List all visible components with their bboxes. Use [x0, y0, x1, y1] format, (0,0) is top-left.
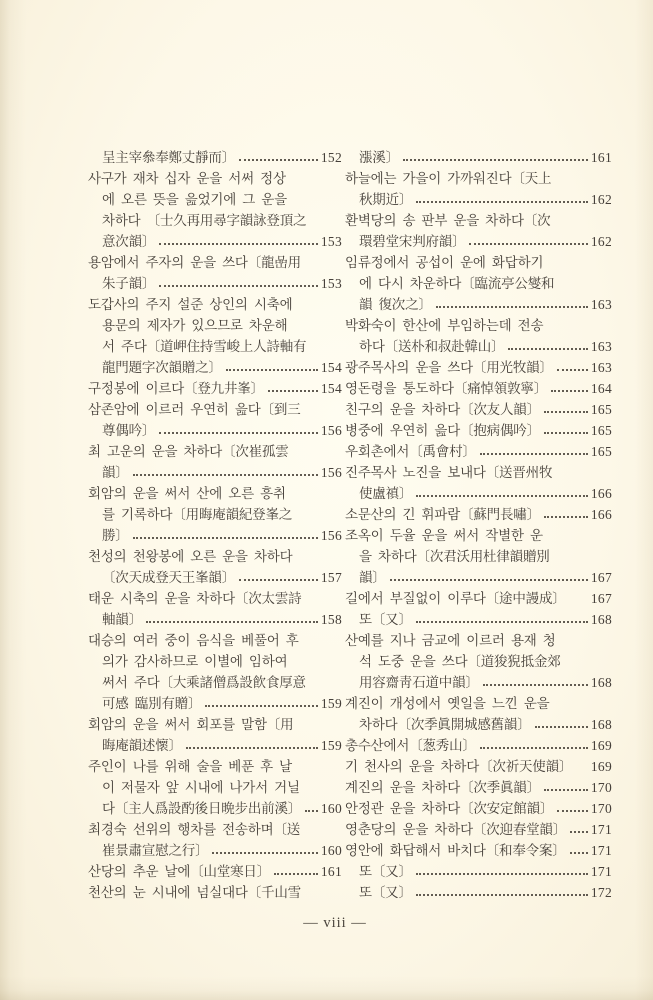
dot-leader: [551, 390, 588, 392]
toc-entry-line: 또〔又〕168: [345, 609, 612, 630]
page-number: 169: [591, 756, 612, 777]
entry-text: 용문의 제자가 있으므로 차운해: [102, 318, 287, 333]
dot-leader: [416, 873, 588, 875]
dot-leader: [544, 432, 588, 434]
entry-text: 하늘에는 가을이 가까워진다〔天上: [345, 171, 551, 186]
toc-entry-line: 의가 감사하므로 이별에 임하여: [88, 651, 342, 672]
entry-text: 또〔又〕: [359, 882, 412, 903]
page-number: 159: [321, 735, 342, 756]
toc-columns: 呈主宰叅奉鄭丈靜而〕152사구가 재차 십자 운을 서써 정상에 오른 뜻을 읊…: [88, 147, 612, 903]
entry-text: 의가 감사하므로 이별에 임하여: [102, 654, 287, 669]
entry-text: 석 도중 운을 쓰다〔道狻猊抵金郊: [359, 654, 561, 669]
entry-text: 천성의 천왕봉에 오른 운을 차하다: [88, 549, 292, 564]
entry-text: 龍門題字次韻贈之〕: [102, 357, 222, 378]
dot-leader: [570, 831, 588, 833]
toc-entry-line: 계진이 개성에서 옛일을 느낀 운을: [345, 693, 612, 714]
entry-text: 도갑사의 주지 설준 상인의 시축에: [88, 297, 292, 312]
dot-leader: [159, 285, 318, 287]
toc-entry-line: 도갑사의 주지 설준 상인의 시축에: [88, 294, 342, 315]
toc-entry-line: 使盧禛〕166: [345, 483, 612, 504]
toc-entry-line: 계진의 운을 차하다〔次季眞韻〕170: [345, 777, 612, 798]
dot-leader: [436, 306, 588, 308]
entry-text: 尊偶吟〕: [102, 420, 155, 441]
toc-entry-line: 다〔主人爲設酌後日晩步出前溪〕160: [88, 798, 342, 819]
dot-leader: [268, 390, 318, 392]
entry-text: 可感 臨別有贈〕: [102, 693, 201, 714]
toc-entry-line: 영돈령을 통도하다〔痛悼領敦寧〕164: [345, 378, 612, 399]
entry-text: 회암의 운을 써서 산에 오른 흥취: [88, 486, 286, 501]
entry-text: 에 다시 차운하다〔臨流亭公燮和: [359, 276, 554, 291]
entry-text: 이 저물자 앞 시내에 나가서 거닐: [102, 780, 300, 795]
dot-leader: [508, 348, 587, 350]
toc-entry-line: 대승의 여러 중이 음식을 베풀어 후: [88, 630, 342, 651]
entry-text: 산당의 추운 날에〔山堂寒日〕: [88, 861, 270, 882]
toc-entry-line: 용문의 제자가 있으므로 차운해: [88, 315, 342, 336]
toc-right-column: 漲溪〕161하늘에는 가을이 가까워진다〔天上秋期近〕162환벽당의 송 판부 …: [345, 147, 612, 903]
entry-text: 朱子韻〕: [102, 273, 155, 294]
toc-entry-line: 우회촌에서〔禹會村〕165: [345, 441, 612, 462]
dot-leader: [205, 705, 318, 707]
entry-text: 삼존암에 이르러 우연히 읊다〔到三: [88, 402, 301, 417]
entry-text: 구정봉에 이르다〔登九井峯〕: [88, 378, 264, 399]
entry-text: 태운 시축의 운을 차하다〔次太雲詩: [88, 591, 301, 606]
entry-text: 에 오른 뜻을 읊었기에 그 운을: [102, 192, 287, 207]
toc-entry-line: 〔次天成登天王峯韻〕157: [88, 567, 342, 588]
page-number: 156: [321, 525, 342, 546]
toc-entry-line: 崔景肅宣慰之行〕160: [88, 840, 342, 861]
page-number: 164: [591, 378, 612, 399]
toc-entry-line: 環碧堂宋判府韻〕162: [345, 231, 612, 252]
toc-entry-line: 를 기록하다〔用晦庵韻紀登峯之: [88, 504, 342, 525]
entry-text: 총수산에서〔葱秀山〕: [345, 735, 476, 756]
dot-leader: [557, 810, 588, 812]
entry-text: 차하다 〔士久再用尋字韻詠登頂之: [102, 213, 306, 228]
toc-entry-line: 임류정에서 공섭이 운에 화답하기: [345, 252, 612, 273]
toc-entry-line: 회암의 운을 써서 산에 오른 흥취: [88, 483, 342, 504]
toc-entry-line: 朱子韻〕153: [88, 273, 342, 294]
toc-entry-line: 영안에 화답해서 바치다〔和奉令案〕171: [345, 840, 612, 861]
dot-leader: [535, 726, 588, 728]
toc-entry-line: 써서 주다〔大乘諸僧爲設飮食厚意: [88, 672, 342, 693]
entry-text: 秋期近〕: [359, 189, 412, 210]
dot-leader: [133, 537, 318, 539]
dot-leader: [416, 894, 588, 896]
entry-text: 주인이 나를 위해 술을 베푼 후 날: [88, 759, 292, 774]
entry-text: 길에서 부질없이 이루다〔途中謾成〕: [345, 588, 566, 609]
toc-entry-line: 산예를 지나 금교에 이르러 용재 청: [345, 630, 612, 651]
entry-text: 영춘당의 운을 차하다〔次迎春堂韻〕: [345, 819, 566, 840]
toc-entry-line: 하다〔送朴和叔赴韓山〕163: [345, 336, 612, 357]
page-number: 159: [321, 693, 342, 714]
page-number: 157: [321, 567, 342, 588]
page-number: 171: [591, 861, 612, 882]
dot-leader: [226, 369, 318, 371]
entry-text: 意次韻〕: [102, 231, 155, 252]
toc-entry-line: 삼존암에 이르러 우연히 읊다〔到三: [88, 399, 342, 420]
toc-entry-line: 呈主宰叅奉鄭丈靜而〕152: [88, 147, 342, 168]
toc-left-column: 呈主宰叅奉鄭丈靜而〕152사구가 재차 십자 운을 서써 정상에 오른 뜻을 읊…: [88, 147, 342, 903]
dot-leader: [403, 159, 588, 161]
dot-leader: [483, 684, 588, 686]
entry-text: 대승의 여러 중이 음식을 베풀어 후: [88, 633, 299, 648]
dot-leader: [212, 852, 317, 854]
page-number: 163: [591, 336, 612, 357]
entry-text: 계진의 운을 차하다〔次季眞韻〕: [345, 777, 540, 798]
page-number: 165: [591, 441, 612, 462]
entry-text: 병중에 우연히 읊다〔抱病偶吟〕: [345, 420, 540, 441]
entry-text: 서 주다〔道岬住持雪峻上人詩軸有: [102, 339, 306, 354]
scanned-book-page: 呈主宰叅奉鄭丈靜而〕152사구가 재차 십자 운을 서써 정상에 오른 뜻을 읊…: [0, 0, 653, 1000]
toc-entry-line: 산당의 추운 날에〔山堂寒日〕161: [88, 861, 342, 882]
dot-leader: [544, 789, 588, 791]
entry-text: 친구의 운을 차하다〔次友人韻〕: [345, 399, 540, 420]
toc-entry-line: 천성의 천왕봉에 오른 운을 차하다: [88, 546, 342, 567]
entry-text: 軸韻〕: [102, 609, 142, 630]
page-number: 171: [591, 819, 612, 840]
dot-leader: [239, 579, 318, 581]
dot-leader: [570, 852, 588, 854]
toc-entry-line: 사구가 재차 십자 운을 서써 정상: [88, 168, 342, 189]
toc-entry-line: 최 고운의 운을 차하다〔次崔孤雲: [88, 441, 342, 462]
toc-entry-line: 조옥이 두율 운을 써서 작별한 운: [345, 525, 612, 546]
entry-text: 박화숙이 한산에 부임하는데 전송: [345, 318, 543, 333]
dot-leader: [133, 474, 318, 476]
entry-text: 조옥이 두율 운을 써서 작별한 운: [345, 528, 543, 543]
toc-entry-line: 진주목사 노진을 보내다〔送晋州牧: [345, 462, 612, 483]
entry-text: 최 고운의 운을 차하다〔次崔孤雲: [88, 444, 289, 459]
entry-text: 勝〕: [102, 525, 129, 546]
page-number: 167: [591, 567, 612, 588]
entry-text: 를 기록하다〔用晦庵韻紀登峯之: [102, 507, 292, 522]
dot-leader: [544, 516, 588, 518]
toc-entry-line: 또〔又〕171: [345, 861, 612, 882]
dot-leader: [390, 579, 588, 581]
dot-leader: [544, 411, 588, 413]
dot-leader: [239, 159, 318, 161]
toc-entry-line: 차하다 〔士久再用尋字韻詠登頂之: [88, 210, 342, 231]
page-number: 158: [321, 609, 342, 630]
page-number: 154: [321, 378, 342, 399]
toc-entry-line: 석 도중 운을 쓰다〔道狻猊抵金郊: [345, 651, 612, 672]
page-number: 156: [321, 462, 342, 483]
page-number: 154: [321, 357, 342, 378]
entry-text: 呈主宰叅奉鄭丈靜而〕: [102, 147, 235, 168]
page-number: 171: [591, 840, 612, 861]
entry-text: 또〔又〕: [359, 861, 412, 882]
entry-text: 영돈령을 통도하다〔痛悼領敦寧〕: [345, 378, 547, 399]
dot-leader: [416, 495, 588, 497]
toc-entry-line: 최경숙 선위의 행차를 전송하며〔送: [88, 819, 342, 840]
toc-entry-line: 韻〕167: [345, 567, 612, 588]
toc-entry-line: 총수산에서〔葱秀山〕169: [345, 735, 612, 756]
page-number: 168: [591, 714, 612, 735]
dot-leader: [416, 201, 588, 203]
page-number-footer: — viii —: [70, 915, 600, 932]
toc-entry-line: 영춘당의 운을 차하다〔次迎春堂韻〕171: [345, 819, 612, 840]
entry-text: 임류정에서 공섭이 운에 화답하기: [345, 255, 543, 270]
toc-entry-line: 에 오른 뜻을 읊었기에 그 운을: [88, 189, 342, 210]
dot-leader: [186, 747, 318, 749]
page-number: 153: [321, 273, 342, 294]
toc-entry-line: 용암에서 주자의 운을 쓰다〔龍嵒用: [88, 252, 342, 273]
entry-text: 안정관 운을 차하다〔次安定館韻〕: [345, 798, 553, 819]
toc-entry-line: 서 주다〔道岬住持雪峻上人詩軸有: [88, 336, 342, 357]
dot-leader: [480, 747, 588, 749]
toc-entry-line: 또〔又〕172: [345, 882, 612, 903]
page-number: 168: [591, 672, 612, 693]
toc-entry-line: 주인이 나를 위해 술을 베푼 후 날: [88, 756, 342, 777]
dot-leader: [159, 243, 318, 245]
entry-text: 晦庵韻述懷〕: [102, 735, 182, 756]
entry-text: 또〔又〕: [359, 609, 412, 630]
entry-text: 韻〕: [359, 567, 386, 588]
page-number: 167: [591, 588, 612, 609]
entry-text: 用容齋靑石道中韻〕: [359, 672, 479, 693]
toc-entry-line: 환벽당의 송 판부 운을 차하다〔次: [345, 210, 612, 231]
toc-entry-line: 用容齋靑石道中韻〕168: [345, 672, 612, 693]
dot-leader: [480, 453, 588, 455]
toc-entry-line: 안정관 운을 차하다〔次安定館韻〕170: [345, 798, 612, 819]
dot-leader: [274, 873, 318, 875]
page-number: 156: [321, 420, 342, 441]
page-number: 162: [591, 189, 612, 210]
entry-text: 環碧堂宋判府韻〕: [359, 231, 465, 252]
toc-entry-line: 태운 시축의 운을 차하다〔次太雲詩: [88, 588, 342, 609]
dot-leader: [159, 432, 318, 434]
page-number: 166: [591, 483, 612, 504]
page-number: 160: [321, 840, 342, 861]
toc-entry-line: 韻 復次之〕163: [345, 294, 612, 315]
entry-text: 소문산의 긴 휘파람〔蘇門長嘯〕: [345, 504, 540, 525]
dot-leader: [557, 369, 588, 371]
toc-entry-line: 광주목사의 운을 쓰다〔用光牧韻〕163: [345, 357, 612, 378]
page-number: 166: [591, 504, 612, 525]
toc-entry-line: 병중에 우연히 읊다〔抱病偶吟〕165: [345, 420, 612, 441]
toc-entry-line: 기 천사의 운을 차하다〔次祈天使韻〕169: [345, 756, 612, 777]
toc-entry-line: 차하다〔次季眞開城感舊韻〕168: [345, 714, 612, 735]
dot-leader: [469, 243, 587, 245]
entry-text: 漲溪〕: [359, 147, 399, 168]
page-number: 152: [321, 147, 342, 168]
entry-text: 우회촌에서〔禹會村〕: [345, 441, 476, 462]
page-number: 163: [591, 357, 612, 378]
entry-text: 차하다〔次季眞開城感舊韻〕: [359, 714, 531, 735]
entry-text: 하다〔送朴和叔赴韓山〕: [359, 336, 504, 357]
entry-text: 써서 주다〔大乘諸僧爲設飮食厚意: [102, 675, 306, 690]
toc-entry-line: 박화숙이 한산에 부임하는데 전송: [345, 315, 612, 336]
toc-entry-line: 意次韻〕153: [88, 231, 342, 252]
toc-entry-line: 龍門題字次韻贈之〕154: [88, 357, 342, 378]
entry-text: 영안에 화답해서 바치다〔和奉令案〕: [345, 840, 566, 861]
toc-entry-line: 길에서 부질없이 이루다〔途中謾成〕167: [345, 588, 612, 609]
entry-text: 회암의 운을 써서 회포를 말함〔用: [88, 717, 293, 732]
toc-entry-line: 韻〕156: [88, 462, 342, 483]
page-number: 165: [591, 399, 612, 420]
entry-text: 용암에서 주자의 운을 쓰다〔龍嵒用: [88, 255, 301, 270]
entry-text: 〔次天成登天王峯韻〕: [102, 567, 235, 588]
entry-text: 을 차하다〔次君沃用杜律韻贈別: [359, 549, 550, 564]
toc-entry-line: 회암의 운을 써서 회포를 말함〔用: [88, 714, 342, 735]
toc-entry-line: 晦庵韻述懷〕159: [88, 735, 342, 756]
entry-text: 使盧禛〕: [359, 483, 412, 504]
page-number: 170: [591, 798, 612, 819]
toc-entry-line: 에 다시 차운하다〔臨流亭公燮和: [345, 273, 612, 294]
toc-entry-line: 하늘에는 가을이 가까워진다〔天上: [345, 168, 612, 189]
page-number: 161: [591, 147, 612, 168]
toc-entry-line: 尊偶吟〕156: [88, 420, 342, 441]
entry-text: 韻〕: [102, 462, 129, 483]
dot-leader: [416, 621, 588, 623]
toc-entry-line: 천산의 눈 시내에 넘실대다〔千山雪: [88, 882, 342, 903]
entry-text: 환벽당의 송 판부 운을 차하다〔次: [345, 213, 550, 228]
entry-text: 韻 復次之〕: [359, 294, 432, 315]
toc-entry-line: 이 저물자 앞 시내에 나가서 거닐: [88, 777, 342, 798]
toc-entry-line: 勝〕156: [88, 525, 342, 546]
entry-text: 다〔主人爲設酌後日晩步出前溪〕: [102, 798, 301, 819]
page-number: 162: [591, 231, 612, 252]
dot-leader: [146, 621, 318, 623]
toc-entry-line: 을 차하다〔次君沃用杜律韻贈別: [345, 546, 612, 567]
page-number: 170: [591, 777, 612, 798]
page-number: 165: [591, 420, 612, 441]
page-number: 161: [321, 861, 342, 882]
page-number: 160: [321, 798, 342, 819]
entry-text: 산예를 지나 금교에 이르러 용재 청: [345, 633, 556, 648]
toc-entry-line: 漲溪〕161: [345, 147, 612, 168]
dot-leader: [305, 810, 318, 812]
page-number: 153: [321, 231, 342, 252]
toc-entry-line: 可感 臨別有贈〕159: [88, 693, 342, 714]
toc-entry-line: 秋期近〕162: [345, 189, 612, 210]
entry-text: 광주목사의 운을 쓰다〔用光牧韻〕: [345, 357, 553, 378]
page-number: 163: [591, 294, 612, 315]
entry-text: 진주목사 노진을 보내다〔送晋州牧: [345, 465, 552, 480]
toc-entry-line: 구정봉에 이르다〔登九井峯〕154: [88, 378, 342, 399]
entry-text: 최경숙 선위의 행차를 전송하며〔送: [88, 822, 300, 837]
entry-text: 사구가 재차 십자 운을 서써 정상: [88, 171, 286, 186]
page-number: 169: [591, 735, 612, 756]
entry-text: 崔景肅宣慰之行〕: [102, 840, 208, 861]
entry-text: 계진이 개성에서 옛일을 느낀 운을: [345, 696, 549, 711]
toc-entry-line: 소문산의 긴 휘파람〔蘇門長嘯〕166: [345, 504, 612, 525]
page-number: 168: [591, 609, 612, 630]
toc-entry-line: 軸韻〕158: [88, 609, 342, 630]
toc-entry-line: 친구의 운을 차하다〔次友人韻〕165: [345, 399, 612, 420]
entry-text: 기 천사의 운을 차하다〔次祈天使韻〕: [345, 756, 572, 777]
page-number: 172: [591, 882, 612, 903]
entry-text: 천산의 눈 시내에 넘실대다〔千山雪: [88, 885, 301, 900]
